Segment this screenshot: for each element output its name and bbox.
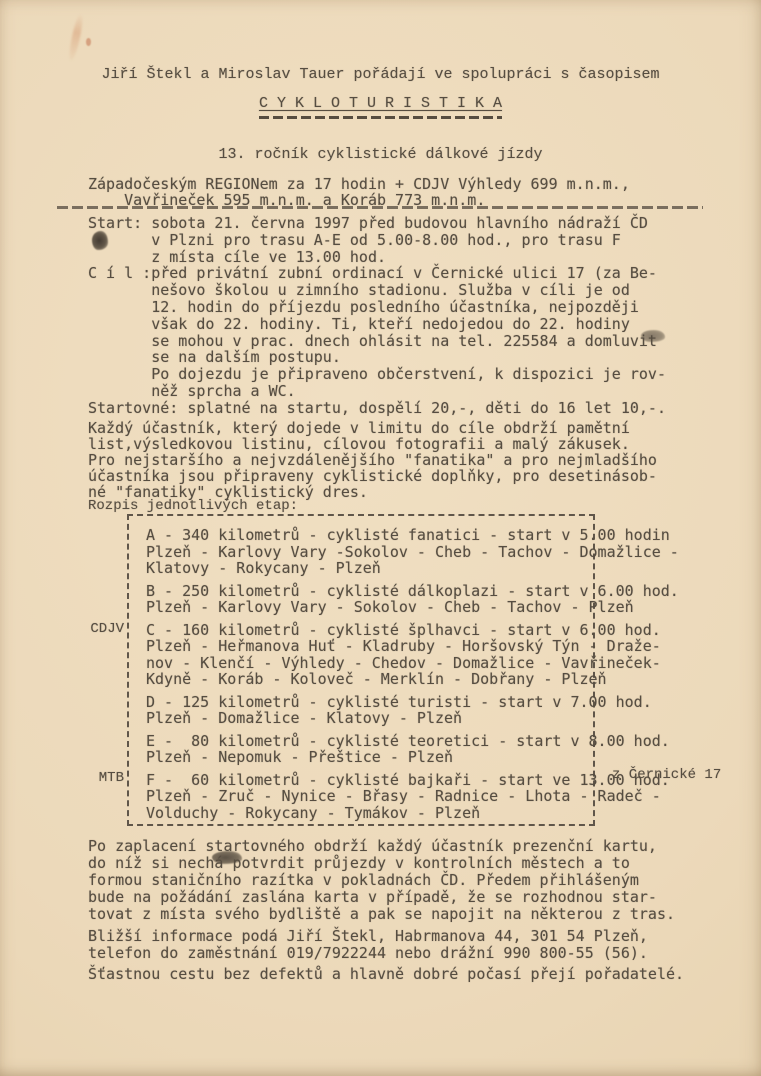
stage-c: C - 160 kilometrů - cyklisté šplhavci - … (146, 622, 593, 688)
label-cdjv: CDJV (90, 621, 124, 638)
dashed-divider (57, 206, 703, 209)
stage-list-heading: Rozpis jednotlivých etap: (88, 498, 298, 515)
organizers-line: Jiří Štekl a Miroslav Tauer pořádají ve … (0, 66, 761, 83)
label-mtb: MTB (90, 770, 124, 787)
contact-paragraph: Bližší informace podá Jiří Štekl, Habrma… (88, 928, 648, 962)
farewell-line: Šťastnou cestu bez defektů a hlavně dobr… (88, 966, 684, 983)
stage-table: A - 340 kilometrů - cyklisté fanatici - … (127, 514, 595, 826)
paper-stain-dot (86, 38, 91, 46)
event-subtitle: 13. ročník cyklistické dálkové jízdy (0, 146, 761, 163)
start-finish-info: Start: sobota 21. června 1997 před budov… (88, 215, 666, 417)
magazine-title: C Y K L O T U R I S T I K A (259, 95, 502, 119)
stage-f: F - 60 kilometrů - cyklisté bajkaři - st… (146, 772, 593, 822)
stage-a: A - 340 kilometrů - cyklisté fanatici - … (146, 527, 593, 577)
stage-e: E - 80 kilometrů - cyklisté teoretici - … (146, 733, 593, 766)
route-summary: Západočeským REGIONem za 17 hodin + CDJV… (88, 176, 630, 208)
magazine-title-wrap: C Y K L O T U R I S T I K A (0, 95, 761, 119)
stage-f-start-note: z Černické 17 (612, 767, 721, 784)
stage-b: B - 250 kilometrů - cyklisté dálkoplazi … (146, 583, 593, 616)
scanned-document-page: Jiří Štekl a Miroslav Tauer pořádají ve … (0, 0, 761, 1076)
registration-card-paragraph: Po zaplacení startovného obdrží každý úč… (88, 838, 675, 923)
stage-d: D - 125 kilometrů - cyklisté turisti - s… (146, 694, 593, 727)
paper-stain (67, 13, 85, 62)
rewards-paragraph: Každý účastník, který dojede v limitu do… (88, 420, 657, 500)
